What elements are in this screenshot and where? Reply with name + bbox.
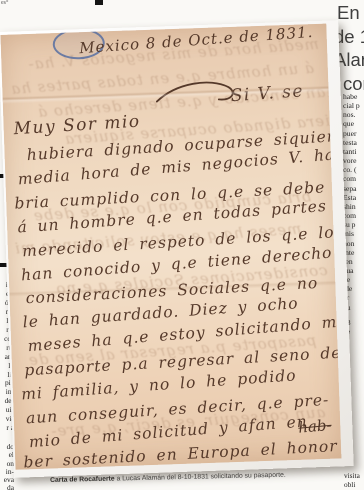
caption-author: Carta de Rocafuerte [50, 476, 115, 484]
text-line-fragment: testa [343, 138, 360, 147]
text-line-fragment: vore [343, 156, 360, 165]
left-column-text-fragment: doelonin-evada [0, 443, 14, 490]
text-line-fragment: da [0, 484, 14, 490]
text-line-fragment: co. ( [343, 165, 360, 174]
letter-body: hubiera dignado ocuparse siquieramedia h… [0, 24, 341, 470]
text-line-fragment: cial p [343, 101, 360, 110]
letter-photograph: media hora de mis negocios V. ha- á un h… [0, 20, 354, 478]
text-line-fragment: su p [343, 220, 360, 229]
text-line-fragment: nos. [343, 110, 360, 119]
print-artifact-square [95, 0, 103, 5]
text-line-fragment: com [343, 174, 360, 183]
text-line-fragment: tanti [343, 147, 360, 156]
text-line-fragment: Esta [343, 193, 360, 202]
text-line-fragment: obli [344, 481, 360, 490]
text-line-fragment: com [343, 211, 360, 220]
text-line-fragment: puer [343, 129, 360, 138]
text-line-fragment: habe [343, 92, 360, 101]
letter-paper: media hora de mis negocios V. ha- á un h… [0, 24, 341, 470]
text-line-fragment: shin [343, 202, 360, 211]
text-line-fragment: que [343, 119, 360, 128]
text-line-fragment: sepa [343, 184, 360, 193]
struck-out-word: hab- [298, 416, 333, 437]
bottom-right-text-fragment: visitaobli [344, 472, 360, 489]
headline-line: En [337, 1, 364, 25]
page-corner-mark: es° [1, 0, 8, 6]
